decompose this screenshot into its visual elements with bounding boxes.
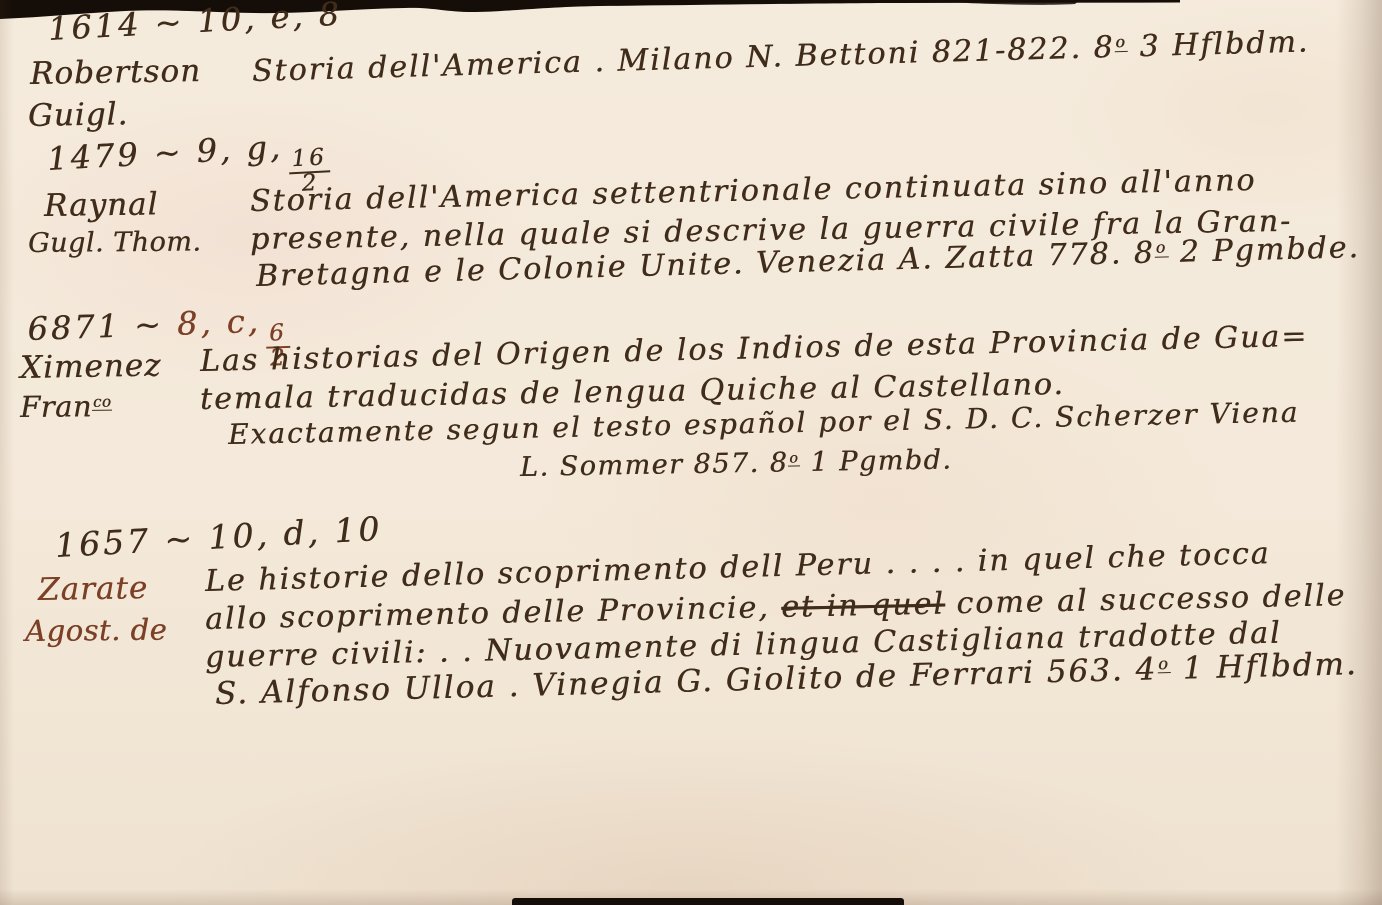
binding-note: 2 Pgmbde. (1168, 230, 1361, 270)
title-text: L. Sommer 857. 8 (520, 447, 789, 483)
page-left-edge-shade (0, 0, 14, 905)
struck-through-words: et in quel (781, 587, 945, 625)
format-superscript: o (1157, 656, 1171, 673)
author-forename: Agost. de (25, 613, 168, 648)
author-abbrev: Fran (20, 389, 92, 424)
title-line: Las historias del Origen de los Indios d… (200, 319, 1309, 379)
call-number-line: 1614 ~ 10, e, 8 (47, 0, 343, 48)
shelf-location: 9, g, (196, 128, 284, 170)
imprint-line: L. Sommer 857. 8o 1 Pgmbd. (520, 444, 953, 483)
shelf-location: 10, e, 8 (196, 0, 342, 40)
call-number: 6871 ~ (27, 305, 165, 348)
format-superscript: o (1114, 35, 1128, 52)
title-line: Storia dell'America . Milano N. Bettoni … (252, 24, 1310, 89)
author-name: Zarate (38, 570, 149, 608)
author-name: Raynal (44, 186, 159, 224)
shelf-location: 10, d, 10 (207, 509, 383, 557)
page-right-edge-shade (1336, 0, 1382, 905)
title-text: come al successo delle (945, 578, 1347, 621)
author-name: Robertson (30, 53, 202, 92)
call-number: 1614 ~ (47, 3, 185, 48)
binding-note: 1 Hflbdm. (1170, 646, 1358, 687)
shelf-location: 8, c, (176, 302, 261, 343)
author-forename: Gugl. Thom. (28, 226, 202, 259)
call-number-line: 1657 ~ 10, d, 10 (54, 509, 383, 565)
binding-note: 3 Hflbdm. (1127, 24, 1309, 64)
author-name: Ximenez (20, 348, 162, 386)
author-forename: Guigl. (28, 96, 129, 134)
call-number: 1657 ~ (54, 519, 196, 565)
title-text: Storia dell'America . Milano N. Bettoni … (252, 30, 1116, 89)
call-number: 1479 ~ (46, 133, 184, 178)
author-forename: Franco (20, 389, 113, 424)
author-abbrev-superscript: co (92, 395, 113, 411)
binding-note: 1 Pgmbd. (800, 444, 953, 478)
manuscript-page: 1614 ~ 10, e, 8 Robertson Storia dell'Am… (0, 0, 1382, 905)
format-superscript: o (788, 451, 800, 466)
format-superscript: o (1155, 240, 1169, 257)
scan-bottom-edge-shadow (512, 898, 904, 905)
